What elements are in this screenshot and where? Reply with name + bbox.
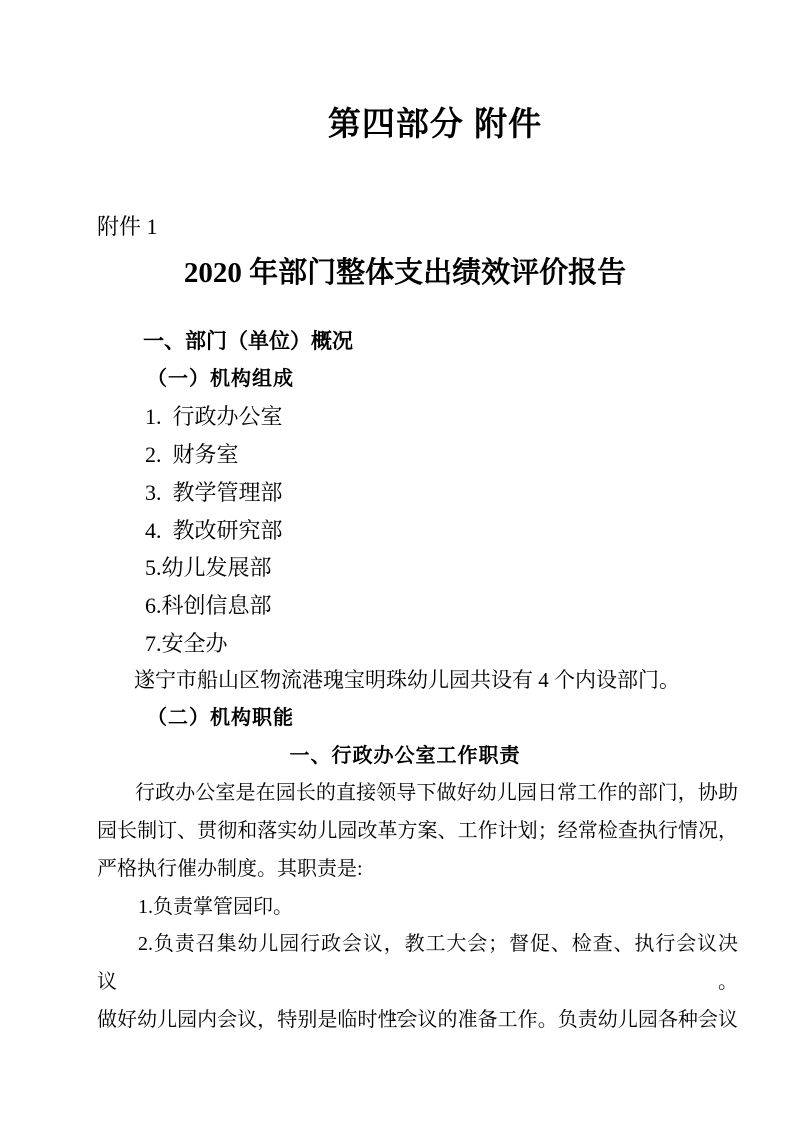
paragraph-line: 行政办公室是在园长的直接领导下做好幼儿园日常工作的部门，协助	[97, 775, 738, 813]
paragraph-line: 严格执行催办制度。其职责是:	[97, 851, 738, 889]
org-item-7: 7.安全办	[97, 625, 738, 663]
org-item-1: 1. 行政办公室	[97, 398, 738, 436]
org-item-6: 6.科创信息部	[97, 587, 738, 625]
duty-item-line: 1.负责掌管园印。	[97, 889, 738, 927]
summary-line: 遂宁市船山区物流港瑰宝明珠幼儿园共设有 4 个内设部门。	[97, 662, 738, 700]
page-number: 17	[0, 1008, 793, 1028]
duty-item-line: 2.负责召集幼儿园行政会议，教工大会；督促、检查、执行会议决议。	[97, 926, 738, 1001]
org-item-2: 2. 财务室	[97, 436, 738, 474]
section-heading: 一、部门（单位）概况	[97, 323, 738, 361]
report-body: 一、部门（单位）概况 （一）机构组成 1. 行政办公室 2. 财务室 3. 教学…	[97, 323, 738, 1039]
subsection-heading-1: （一）机构组成	[97, 361, 738, 399]
report-title: 2020 年部门整体支出绩效评价报告	[0, 250, 793, 296]
subsection-heading-2: （二）机构职能	[97, 700, 738, 738]
duty-heading: 一、行政办公室工作职责	[0, 738, 793, 776]
org-item-4: 4. 教改研究部	[97, 512, 738, 550]
part-title: 第四部分 附件	[0, 100, 793, 148]
attachment-label: 附件 1	[97, 208, 158, 246]
org-item-5: 5.幼儿发展部	[97, 549, 738, 587]
document-page: 第四部分 附件 附件 1 2020 年部门整体支出绩效评价报告 一、部门（单位）…	[0, 0, 793, 1122]
paragraph-line: 园长制订、贯彻和落实幼儿园改革方案、工作计划；经常检查执行情况，	[97, 813, 738, 851]
org-item-3: 3. 教学管理部	[97, 474, 738, 512]
